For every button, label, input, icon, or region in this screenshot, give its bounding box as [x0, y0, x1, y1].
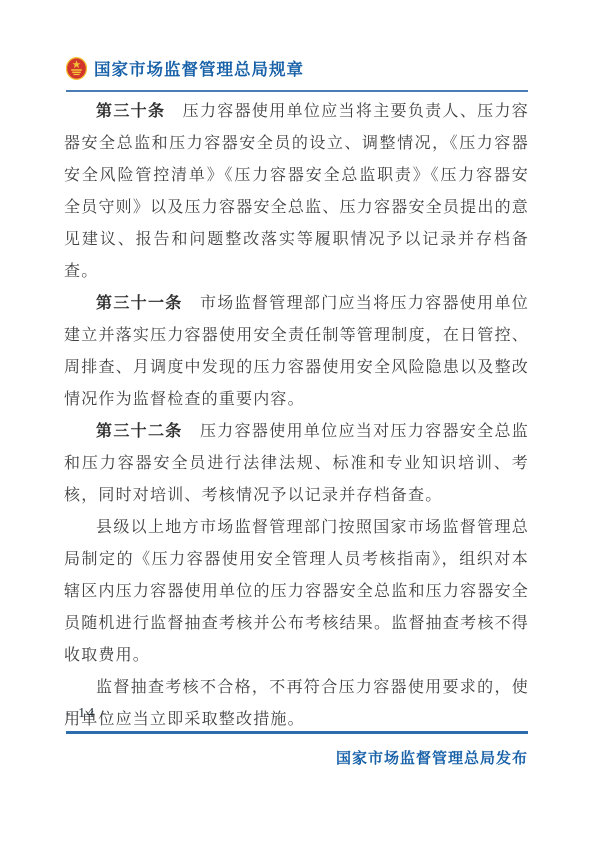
- document-page: 国家市场监督管理总局规章 第三十条 压力容器使用单位应当将主要负责人、压力容器安…: [0, 0, 595, 842]
- article-number: 第三十一条: [96, 295, 183, 312]
- page-number: - 14 -: [66, 706, 528, 722]
- body-paragraph: 第三十条 压力容器使用单位应当将主要负责人、压力容器安全总监和压力容器安全员的设…: [64, 96, 529, 288]
- paragraph-text: 县级以上地方市场监督管理部门按照国家市场监督管理总局制定的《压力容器使用安全管理…: [64, 519, 529, 664]
- paragraph-text: 压力容器使用单位应当将主要负责人、压力容器安全总监和压力容器安全员的设立、调整情…: [64, 103, 529, 280]
- national-emblem-icon: [66, 57, 87, 80]
- publisher-line: 国家市场监督管理总局发布: [66, 747, 528, 768]
- body-paragraph: 第三十一条 市场监督管理部门应当将压力容器使用单位建立并落实压力容器使用安全责任…: [64, 288, 529, 416]
- document-header-title: 国家市场监督管理总局规章: [94, 56, 304, 80]
- footer-rule: [66, 731, 528, 734]
- document-header: 国家市场监督管理总局规章: [66, 56, 528, 92]
- document-body: 第三十条 压力容器使用单位应当将主要负责人、压力容器安全总监和压力容器安全员的设…: [64, 96, 529, 736]
- body-paragraph: 第三十二条 压力容器使用单位应当对压力容器安全总监和压力容器安全员进行法律法规、…: [64, 416, 529, 512]
- body-paragraph: 县级以上地方市场监督管理部门按照国家市场监督管理总局制定的《压力容器使用安全管理…: [64, 512, 529, 672]
- article-number: 第三十条: [96, 103, 165, 120]
- article-number: 第三十二条: [96, 423, 183, 440]
- document-footer: - 14 - 国家市场监督管理总局发布: [66, 706, 528, 768]
